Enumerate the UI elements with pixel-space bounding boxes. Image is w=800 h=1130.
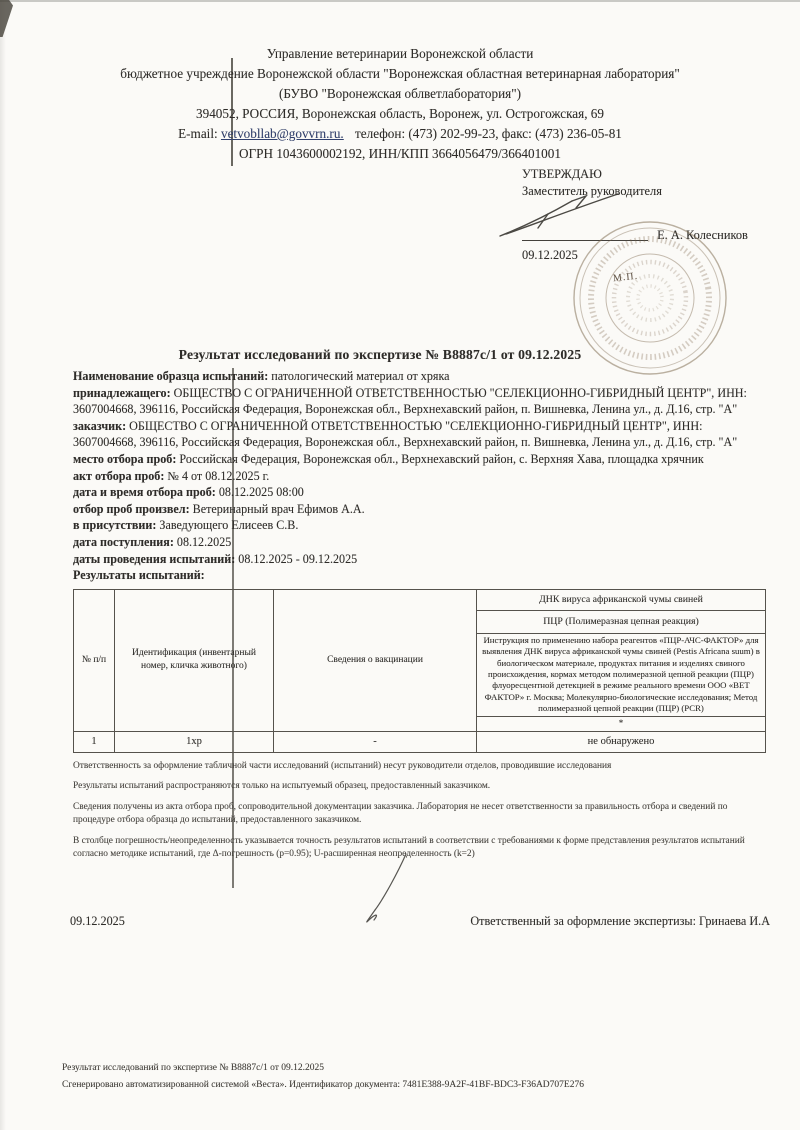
signoff-row: 09.12.2025 Ответственный за оформление э… bbox=[70, 914, 770, 929]
result-footnote-mark: * bbox=[477, 716, 766, 731]
org-authority: Управление ветеринарии Воронежской облас… bbox=[48, 44, 752, 64]
field-label: акт отбора проб: bbox=[73, 469, 164, 483]
field-label: дата и время отбора проб: bbox=[73, 485, 216, 499]
org-address: 394052, РОССИЯ, Воронежская область, Вор… bbox=[48, 104, 752, 124]
table-notes: Ответственность за оформление табличной … bbox=[73, 760, 766, 862]
report-body: Наименование образца испытаний: патологи… bbox=[73, 368, 766, 869]
field-label: в присутствии: bbox=[73, 518, 156, 532]
row-vaccination: - bbox=[274, 731, 477, 752]
note-line: Результаты испытаний распространяются то… bbox=[73, 780, 766, 794]
field-value: Заведующего Елисеев С.В. bbox=[159, 518, 298, 532]
results-section-label: Результаты испытаний: bbox=[73, 567, 766, 584]
report-title: Результат исследований по экспертизе № В… bbox=[0, 347, 760, 363]
field-sampler: отбор проб произвел: Ветеринарный врач Е… bbox=[73, 501, 766, 518]
scan-top-edge bbox=[0, 0, 800, 2]
note-line: В столбце погрешность/неопределенность у… bbox=[73, 835, 766, 862]
field-label: отбор проб произвел: bbox=[73, 502, 190, 516]
footer-expertise-ref: Результат исследований по экспертизе № В… bbox=[62, 1060, 770, 1077]
email-label: E-mail: bbox=[178, 126, 218, 141]
results-table: № п/п Идентификация (инвентарный номер, … bbox=[73, 589, 766, 753]
document-footer: Результат исследований по экспертизе № В… bbox=[62, 1060, 770, 1094]
scan-left-edge bbox=[0, 0, 6, 1130]
field-label: даты проведения испытаний: bbox=[73, 552, 235, 566]
signature-line bbox=[522, 240, 648, 241]
col-header-num: № п/п bbox=[74, 589, 115, 731]
field-sampling-act: акт отбора проб: № 4 от 08.12.2025 г. bbox=[73, 468, 766, 485]
document-page: Управление ветеринарии Воронежской облас… bbox=[0, 0, 800, 1130]
field-value: 08.12.2025 - 09.12.2025 bbox=[238, 552, 357, 566]
approval-date: 09.12.2025 bbox=[522, 247, 772, 264]
field-customer: заказчик: ОБЩЕСТВО С ОГРАНИЧЕННОЙ ОТВЕТС… bbox=[73, 418, 766, 451]
note-line: Ответственность за оформление табличной … bbox=[73, 760, 766, 774]
approval-title: УТВЕРЖДАЮ bbox=[522, 166, 772, 183]
approval-block: УТВЕРЖДАЮ Заместитель руководителя Е. А.… bbox=[522, 166, 772, 264]
result-instruction: Инструкция по применению набора реагенто… bbox=[477, 633, 766, 716]
org-ogrn-inn: ОГРН 1043600002192, ИНН/КПП 3664056479/3… bbox=[48, 144, 752, 164]
field-value: Ветеринарный врач Ефимов А.А. bbox=[193, 502, 365, 516]
field-sampling-place: место отбора проб: Российская Федерация,… bbox=[73, 451, 766, 468]
field-label: заказчик: bbox=[73, 419, 126, 433]
result-analyte-header: ДНК вируса африканской чумы свиней bbox=[477, 589, 766, 610]
signoff-date: 09.12.2025 bbox=[70, 914, 125, 929]
row-num: 1 bbox=[74, 731, 115, 752]
footer-generated-id: Сгенерировано автоматизированной системо… bbox=[62, 1077, 770, 1094]
row-identification: 1хр bbox=[115, 731, 274, 752]
field-value: ОБЩЕСТВО С ОГРАНИЧЕННОЙ ОТВЕТСТВЕННОСТЬЮ… bbox=[73, 419, 737, 450]
email-link[interactable]: vetvobllab@govvrn.ru. bbox=[221, 126, 344, 141]
field-label: принадлежащего: bbox=[73, 386, 171, 400]
note-line: Сведения получены из акта отбора проб, с… bbox=[73, 801, 766, 828]
result-method-header: ПЦР (Полимеразная цепная реакция) bbox=[477, 610, 766, 633]
field-value: № 4 от 08.12.2025 г. bbox=[167, 469, 269, 483]
responsible-label: Ответственный за оформление экспертизы: … bbox=[470, 914, 770, 929]
table-data-row: 1 1хр - не обнаружено bbox=[74, 731, 766, 752]
field-value: патологический материал от хряка bbox=[271, 369, 449, 383]
sample-fields: Наименование образца испытаний: патологи… bbox=[73, 368, 766, 584]
org-header: Управление ветеринарии Воронежской облас… bbox=[48, 44, 752, 164]
table-header-row: № п/п Идентификация (инвентарный номер, … bbox=[74, 589, 766, 610]
field-sample-name: Наименование образца испытаний: патологи… bbox=[73, 368, 766, 385]
field-value: Российская Федерация, Воронежская обл., … bbox=[179, 452, 703, 466]
field-value: 08.12.2025 bbox=[177, 535, 231, 549]
col-header-identification: Идентификация (инвентарный номер, кличка… bbox=[115, 589, 274, 731]
approver-signature bbox=[492, 188, 662, 240]
approver-name: Е. А. Колесников bbox=[657, 228, 748, 242]
org-short-name: (БУВО "Воронежская облветлаборатория") bbox=[48, 84, 752, 104]
field-owner: принадлежащего: ОБЩЕСТВО С ОГРАНИЧЕННОЙ … bbox=[73, 385, 766, 418]
field-value: ОБЩЕСТВО С ОГРАНИЧЕННОЙ ОТВЕТСТВЕННОСТЬЮ… bbox=[73, 386, 747, 417]
field-label: Наименование образца испытаний: bbox=[73, 369, 268, 383]
org-phone-fax: телефон: (473) 202-99-23, факс: (473) 23… bbox=[355, 126, 622, 141]
field-witness: в присутствии: Заведующего Елисеев С.В. bbox=[73, 517, 766, 534]
org-name: бюджетное учреждение Воронежской области… bbox=[48, 64, 752, 84]
field-label: дата поступления: bbox=[73, 535, 174, 549]
org-contacts: E-mail: vetvobllab@govvrn.ru. телефон: (… bbox=[48, 124, 752, 144]
field-sampling-datetime: дата и время отбора проб: 08.12.2025 08:… bbox=[73, 484, 766, 501]
row-result: не обнаружено bbox=[477, 731, 766, 752]
field-value: 08.12.2025 08:00 bbox=[219, 485, 304, 499]
field-testing-dates: даты проведения испытаний: 08.12.2025 - … bbox=[73, 551, 766, 568]
stamp-mp-label: М.П. bbox=[612, 271, 638, 285]
scan-corner-mark bbox=[0, 0, 13, 37]
field-receipt-date: дата поступления: 08.12.2025 bbox=[73, 534, 766, 551]
col-header-vaccination: Сведения о вакцинации bbox=[274, 589, 477, 731]
field-label: место отбора проб: bbox=[73, 452, 176, 466]
